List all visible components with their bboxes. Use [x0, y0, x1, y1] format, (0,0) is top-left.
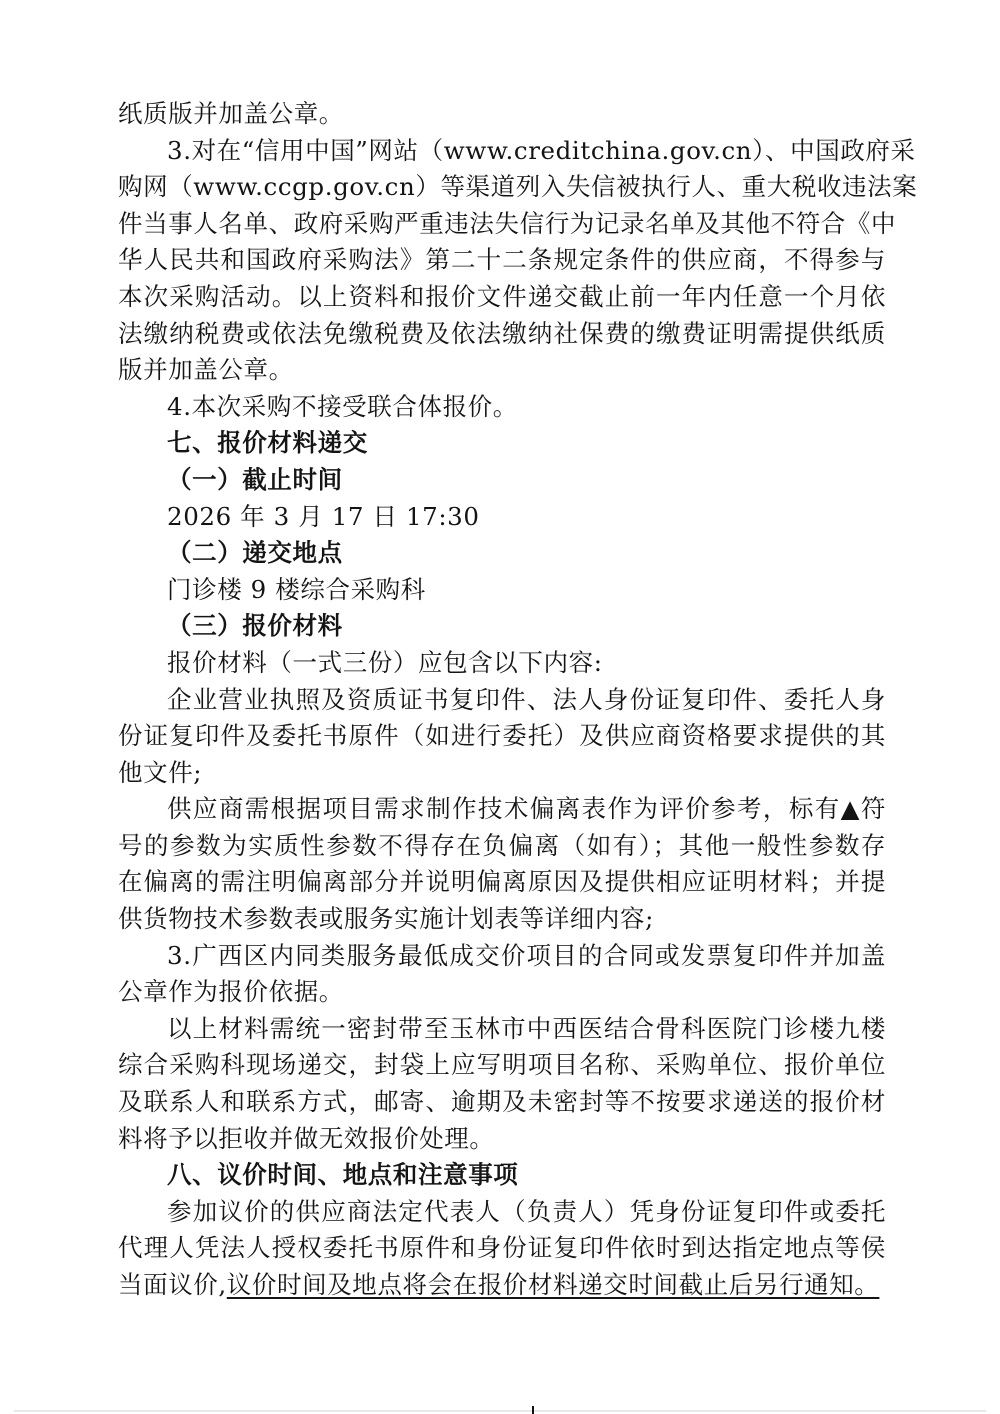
paragraph-line: 在偏离的需注明偏离部分并说明偏离原因及提供相应证明材料；并提 — [118, 864, 886, 901]
paragraph-line: 供货物技术参数表或服务实施计划表等详细内容; — [118, 901, 886, 938]
paragraph-line: 本次采购活动。以上资料和报价文件递交截止前一年内任意一个月依 — [118, 279, 886, 316]
paragraph-line: 3.广西区内同类服务最低成交价项目的合同或发票复印件并加盖 — [118, 938, 886, 975]
paragraph-line: 企业营业执照及资质证书复印件、法人身份证复印件、委托人身 — [118, 682, 886, 719]
section-heading-7: 七、报价材料递交 — [118, 425, 886, 462]
paragraph-line: 他文件; — [118, 755, 886, 792]
paragraph-line: 报价材料（一式三份）应包含以下内容: — [118, 645, 886, 682]
paragraph-line: 代理人凭法人授权委托书原件和身份证复印件依时到达指定地点等侯 — [118, 1230, 886, 1267]
paragraph-line: 号的参数为实质性参数不得存在负偏离（如有）；其他一般性参数存 — [118, 828, 886, 865]
paragraph-line: 法缴纳税费或依法免缴税费及依法缴纳社保费的缴费证明需提供纸质 — [118, 316, 886, 353]
location-value: 门诊楼 9 楼综合采购科 — [118, 572, 886, 609]
document-page: 纸质版并加盖公章。 3.对在“信用中国”网站（www.creditchina.g… — [0, 0, 1000, 1414]
paragraph-line: 购网（www.ccgp.gov.cn）等渠道列入失信被执行人、重大税收违法案 — [118, 169, 886, 206]
paragraph-line: 件当事人名单、政府采购严重违法失信行为记录名单及其他不符合《中 — [118, 206, 886, 243]
document-body: 纸质版并加盖公章。 3.对在“信用中国”网站（www.creditchina.g… — [118, 96, 886, 1304]
paragraph-line: 3.对在“信用中国”网站（www.creditchina.gov.cn）、中国政… — [118, 133, 886, 170]
paragraph-line: 4.本次采购不接受联合体报价。 — [118, 389, 886, 426]
paragraph-line: 份证复印件及委托书原件（如进行委托）及供应商资格要求提供的其 — [118, 718, 886, 755]
final-line-plain: 当面议价, — [118, 1270, 227, 1299]
subheading-deadline: （一）截止时间 — [118, 462, 886, 499]
paragraph-line: 料将予以拒收并做无效报价处理。 — [118, 1121, 886, 1158]
deadline-value: 2026 年 3 月 17 日 17:30 — [118, 499, 886, 536]
paragraph-line: 参加议价的供应商法定代表人（负责人）凭身份证复印件或委托 — [118, 1194, 886, 1231]
paragraph-line: 纸质版并加盖公章。 — [118, 96, 886, 133]
subheading-location: （二）递交地点 — [118, 535, 886, 572]
paragraph-line: 及联系人和联系方式，邮寄、逾期及未密封等不按要求递送的报价材 — [118, 1084, 886, 1121]
paragraph-line-final: 当面议价,议价时间及地点将会在报价材料递交时间截止后另行通知。 — [118, 1267, 886, 1304]
paragraph-line: 公章作为报价依据。 — [118, 974, 886, 1011]
page-bottom-edge — [14, 1410, 986, 1412]
paragraph-line: 以上材料需统一密封带至玉林市中西医结合骨科医院门诊楼九楼 — [118, 1011, 886, 1048]
paragraph-line: 版并加盖公章。 — [118, 352, 886, 389]
underlined-notice: 议价时间及地点将会在报价材料递交时间截止后另行通知。 — [227, 1270, 880, 1299]
paragraph-line: 综合采购科现场递交，封袋上应写明项目名称、采购单位、报价单位 — [118, 1047, 886, 1084]
paragraph-line: 供应商需根据项目需求制作技术偏离表作为评价参考，标有▲符 — [118, 791, 886, 828]
paragraph-line: 华人民共和国政府采购法》第二十二条规定条件的供应商，不得参与 — [118, 242, 886, 279]
page-bottom-mark — [532, 1406, 534, 1414]
subheading-materials: （三）报价材料 — [118, 608, 886, 645]
section-heading-8: 八、议价时间、地点和注意事项 — [118, 1157, 886, 1194]
